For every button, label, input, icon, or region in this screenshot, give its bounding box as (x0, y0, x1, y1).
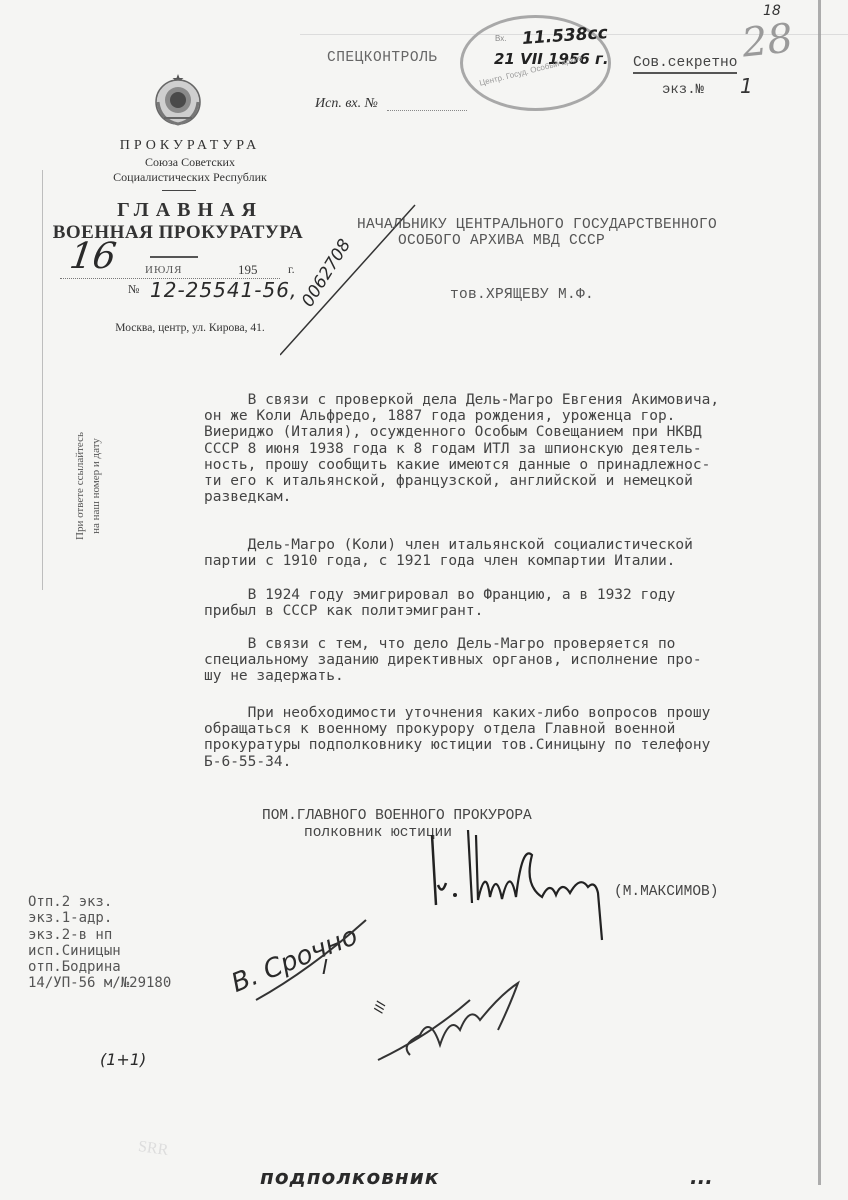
handwritten-count: (1+1) (100, 1050, 146, 1069)
addressee-line1: НАЧАЛЬНИКУ ЦЕНТРАЛЬНОГО ГОСУДАРСТВЕННОГО (357, 217, 717, 233)
copy-number: 1 (740, 74, 753, 98)
divider (150, 256, 198, 258)
addressee-line2: ОСОБОГО АРХИВА МВД СССР (398, 233, 605, 249)
distribution-line: отп.Бодрина (28, 959, 121, 975)
classification-label: Сов.секретно (633, 55, 737, 74)
distribution-list: Отп.2 экз. экз.1-адр. экз.2-в нп исп.Син… (28, 894, 171, 992)
addressee-name: тов.ХРЯЩЕВУ М.Ф. (450, 287, 594, 303)
distribution-line: Отп.2 экз. (28, 894, 112, 910)
signatory-name: (М.МАКСИМОВ) (614, 884, 718, 900)
signatory-title: ПОМ.ГЛАВНОГО ВОЕННОГО ПРОКУРОРА (262, 808, 532, 824)
incoming-number-label: Исп. вх. № (315, 96, 378, 112)
body-paragraph-3: В 1924 году эмигрировал во Францию, а в … (204, 587, 824, 619)
special-control-label: СПЕЦКОНТРОЛЬ (327, 50, 437, 66)
underline-stroke-icon (250, 900, 370, 1010)
distribution-line: экз.2-в нп (28, 927, 112, 943)
copy-label: экз.№ (662, 82, 704, 98)
letterhead-union-line2: Социалистических Республик (60, 170, 320, 185)
margin-note-line2: на наш номер и дату (88, 406, 104, 566)
handwritten-bottom-left: подполковник (260, 1165, 439, 1189)
distribution-line: исп.Синицын (28, 943, 121, 959)
divider (162, 190, 196, 191)
date-year: 195 (238, 262, 258, 278)
date-day: 16 (67, 236, 119, 277)
letterhead-prokuratura: ПРОКУРАТУРА (60, 138, 320, 154)
signature-scrawl-icon (420, 825, 620, 945)
handwritten-bottom-right: ... (690, 1165, 713, 1189)
document-page: ПРОКУРАТУРА Союза Советских Социалистиче… (0, 0, 848, 1200)
letterhead-union-line1: Союза Советских (60, 155, 320, 170)
ussr-emblem-icon (150, 72, 206, 128)
handwritten-initials-icon (370, 975, 530, 1065)
folio-number-pencil: 28 (740, 15, 795, 66)
distribution-line: экз.1-адр. (28, 910, 112, 926)
distribution-line: 14/УП-56 м/№29180 (28, 975, 171, 991)
bleed-through-text: SRR (137, 1138, 169, 1160)
body-paragraph-4: В связи с тем, что дело Дель-Магро прове… (204, 636, 824, 685)
body-paragraph-5: При необходимости уточнения каких-либо в… (204, 705, 824, 770)
outgoing-number: 12-25541-56, (150, 278, 297, 302)
body-paragraph-2: Дель-Магро (Коли) член итальянской социа… (204, 537, 824, 569)
number-label: № (128, 282, 139, 297)
handwritten-mark-1: I (322, 955, 328, 979)
margin-note-line1: При ответе ссылайтесь (72, 406, 88, 566)
date-month: ИЮЛЯ (145, 264, 183, 276)
margin-note: При ответе ссылайтесь на наш номер и дат… (72, 406, 104, 566)
stamp-in-label: Вх. (495, 34, 506, 43)
incoming-number-line (387, 110, 467, 111)
letterhead-address: Москва, центр, ул. Кирова, 41. (70, 322, 310, 334)
body-paragraph-1: В связи с проверкой дела Дель-Магро Евге… (204, 392, 824, 505)
